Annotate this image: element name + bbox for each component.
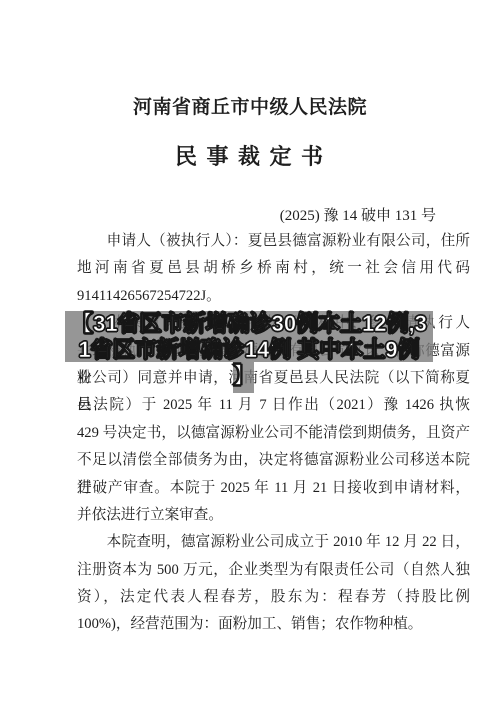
document-line: 100%)，经营范围为：面粉加工、销售；农作物种植。 — [77, 611, 470, 638]
document-line: 429 号决定书，以德富源粉业公司不能清偿到期债务，且资产 — [77, 420, 470, 447]
document-line: 县法院）于 2025 年 11 月 7 日作出（2021）豫 1426 执恢 — [77, 392, 470, 419]
document-line: 本院查明，德富源粉业公司成立于 2010 年 12 月 22 日， — [77, 529, 470, 556]
document-line: 资），法定代表人程春芳，股东为：程春芳（持股比例 — [77, 584, 470, 611]
document-body: 申请人（被执行人）：夏邑县德富源粉业有限公司，住所地河南省夏邑县胡桥乡桥南村，统… — [77, 228, 470, 639]
document-line: 行破产审查。本院于 2025 年 11 月 21 日接收到申请材料， — [77, 475, 470, 502]
doc-title: 民 事 裁 定 书 — [0, 140, 500, 171]
court-name: 河南省商丘市中级人民法院 — [0, 92, 500, 119]
document-line: 本案有关执行案件在执行过程中，经申请执行人 — [77, 310, 470, 337]
document-line: 申请人（被执行人）：夏邑县德富源粉业有限公司，住所 — [77, 228, 470, 255]
document-line: 并经被执行人夏邑县德富源粉业有限公司（以下简称德富源粉 — [77, 338, 470, 365]
case-number: (2025) 豫 14 破申 131 号 — [280, 204, 436, 225]
document-line: 91411426567254722J。 — [77, 283, 470, 310]
document-line: 业公司）同意并申请，河南省夏邑县人民法院（以下简称夏邑 — [77, 365, 470, 392]
document-page: 河南省商丘市中级人民法院 民 事 裁 定 书 (2025) 豫 14 破申 13… — [0, 0, 500, 706]
document-line: 不足以清偿全部债务为由，决定将德富源粉业公司移送本院进 — [77, 447, 470, 474]
document-line: 地河南省夏邑县胡桥乡桥南村，统一社会信用代码 — [77, 255, 470, 282]
document-line: 注册资本为 500 万元，企业类型为有限责任公司（自然人独 — [77, 557, 470, 584]
document-line: 并依法进行立案审查。 — [77, 502, 470, 529]
